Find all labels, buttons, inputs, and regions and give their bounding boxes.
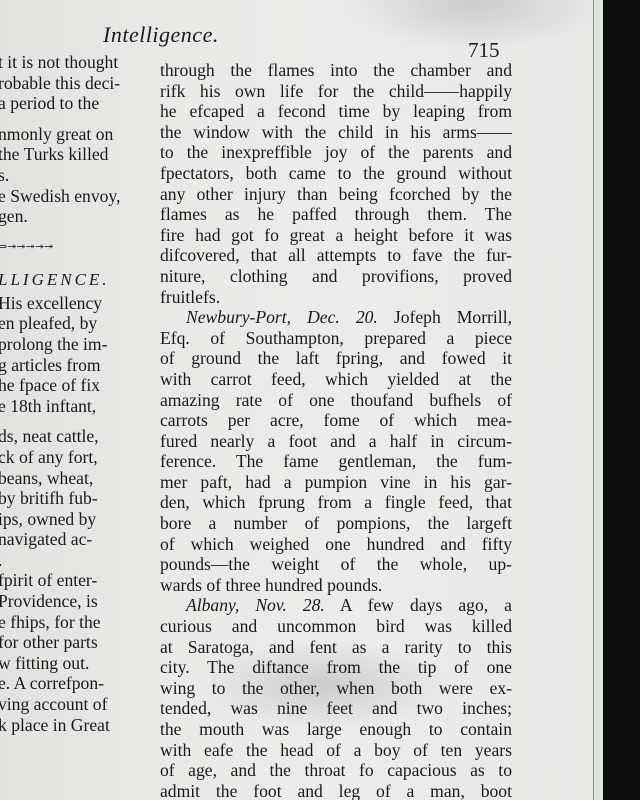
text-line: Providence, is — [0, 591, 140, 612]
text-line: e. A correfpon- — [0, 673, 140, 694]
text-line: rifk his own life for the child——happily — [160, 81, 512, 102]
text-line: difcovered, that all attempts to fave th… — [160, 245, 512, 266]
article-fire-rescue: through the flames into the chamber and … — [160, 60, 512, 307]
text-line: at Saratoga, and fent as a rarity to thi… — [160, 637, 512, 658]
text-line: den, which fprung from a fingle feed, th… — [160, 492, 512, 513]
text-line: t it is not thought — [0, 52, 140, 73]
text-line: any other injury than being fcorched by … — [160, 184, 512, 205]
text-line: pounds—the weight of the whole, up- — [160, 554, 512, 575]
text-line: navigated ac- — [0, 529, 140, 550]
text-line: g articles from — [0, 355, 140, 376]
running-head: Intelligence. — [103, 22, 219, 48]
text-line: gen. — [0, 206, 140, 227]
text-line: ips, owned by — [0, 509, 140, 530]
text-line: for other parts — [0, 632, 140, 653]
text-line: fruitlefs. — [160, 287, 512, 308]
text-line: a period to the — [0, 93, 140, 114]
right-column: through the flames into the chamber and … — [160, 60, 512, 800]
text-line: prolong the im- — [0, 334, 140, 355]
page-edge-strip — [594, 0, 603, 800]
text-line: beans, wheat, — [0, 468, 140, 489]
text-line: e 18th inftant, — [0, 396, 140, 417]
text-line: wing to the other, when both were ex- — [160, 678, 512, 699]
section-heading: LLIGENCE. — [0, 267, 140, 293]
text-line: of age, and the throat fo capacious as t… — [160, 760, 512, 781]
dateline-place: Albany, — [186, 595, 239, 615]
text-line: amazing rate of one thoufand bufhels of — [160, 390, 512, 411]
text-line: fpectators, both came to the ground with… — [160, 163, 512, 184]
text-line: the mouth was large enough to contain — [160, 719, 512, 740]
text-line: Efq. of Southampton, prepared a piece — [160, 328, 512, 349]
text-line: tended, was nine feet and two inches; — [160, 698, 512, 719]
text-line: fured nearly a foot and a half in circum… — [160, 431, 512, 452]
text-line: e Swedish envoy, — [0, 186, 140, 207]
text-line: robable this deci- — [0, 73, 140, 94]
newspaper-page: Intelligence. 715 t it is not thought ro… — [0, 0, 603, 800]
text-line: s. — [0, 165, 140, 186]
text-line: with carrot feed, which yielded at the — [160, 369, 512, 390]
text-line: . — [0, 550, 140, 571]
dateline-line: Albany, Nov. 28. A few days ago, a — [160, 595, 512, 616]
text-line: fpirit of enter- — [0, 570, 140, 591]
text-line: the Turks killed — [0, 144, 140, 165]
text-line: of which weighed one hundred and fifty — [160, 534, 512, 555]
text-fragment: Jofeph Morrill, — [394, 307, 512, 327]
text-line: of ground the laft fpring, and fowed it — [160, 348, 512, 369]
text-line: ck of any fort, — [0, 447, 140, 468]
text-line: flames as he paffed through them. The — [160, 204, 512, 225]
text-line: ving account of — [0, 694, 140, 715]
text-line: wards of three hundred pounds. — [160, 575, 512, 596]
text-line: city. The diftance from the tip of one — [160, 657, 512, 678]
text-line: to the inexpreffible joy of the parents … — [160, 142, 512, 163]
text-line: by britifh fub- — [0, 488, 140, 509]
text-line: nmonly great on — [0, 124, 140, 145]
text-line: ference. The fame gentleman, the fum- — [160, 451, 512, 472]
text-line: k place in Great — [0, 715, 140, 736]
decorative-rule-ornament: ⇒↠↠↠↠↠ — [0, 237, 140, 257]
text-line: w fitting out. — [0, 653, 140, 674]
dateline-date: Dec. 20. — [307, 307, 378, 327]
text-line: bore a number of pompions, the largeft — [160, 513, 512, 534]
text-line: niture, clothing and provifions, proved — [160, 266, 512, 287]
left-column: t it is not thought robable this deci- a… — [0, 52, 140, 735]
dateline-place: Newbury-Port, — [186, 307, 291, 327]
text-line: ds, neat cattle, — [0, 426, 140, 447]
text-line: admit the foot and leg of a man, boot — [160, 781, 512, 800]
text-line: carrots per acre, fome of which mea- — [160, 410, 512, 431]
text-line: en pleafed, by — [0, 313, 140, 334]
text-line: curious and uncommon bird was killed — [160, 616, 512, 637]
text-line: the window with the child in his arms—— — [160, 122, 512, 143]
dateline-line: Newbury-Port, Dec. 20. Jofeph Morrill, — [160, 307, 512, 328]
text-line: through the flames into the chamber and — [160, 60, 512, 81]
article-albany: Albany, Nov. 28. A few days ago, a curio… — [160, 595, 512, 800]
text-line: mer paft, had a pumpion vine in his gar- — [160, 472, 512, 493]
text-line: he fpace of fix — [0, 375, 140, 396]
text-line: His excellency — [0, 293, 140, 314]
text-line: he efcaped a fecond time by leaping from — [160, 101, 512, 122]
text-line: fire had got fo great a height before it… — [160, 225, 512, 246]
text-line: e fhips, for the — [0, 612, 140, 633]
text-line: with eafe the head of a boy of ten years — [160, 740, 512, 761]
article-newburyport: Newbury-Port, Dec. 20. Jofeph Morrill, E… — [160, 307, 512, 595]
text-fragment: A few days ago, a — [340, 595, 512, 615]
dateline-date: Nov. 28. — [255, 595, 324, 615]
